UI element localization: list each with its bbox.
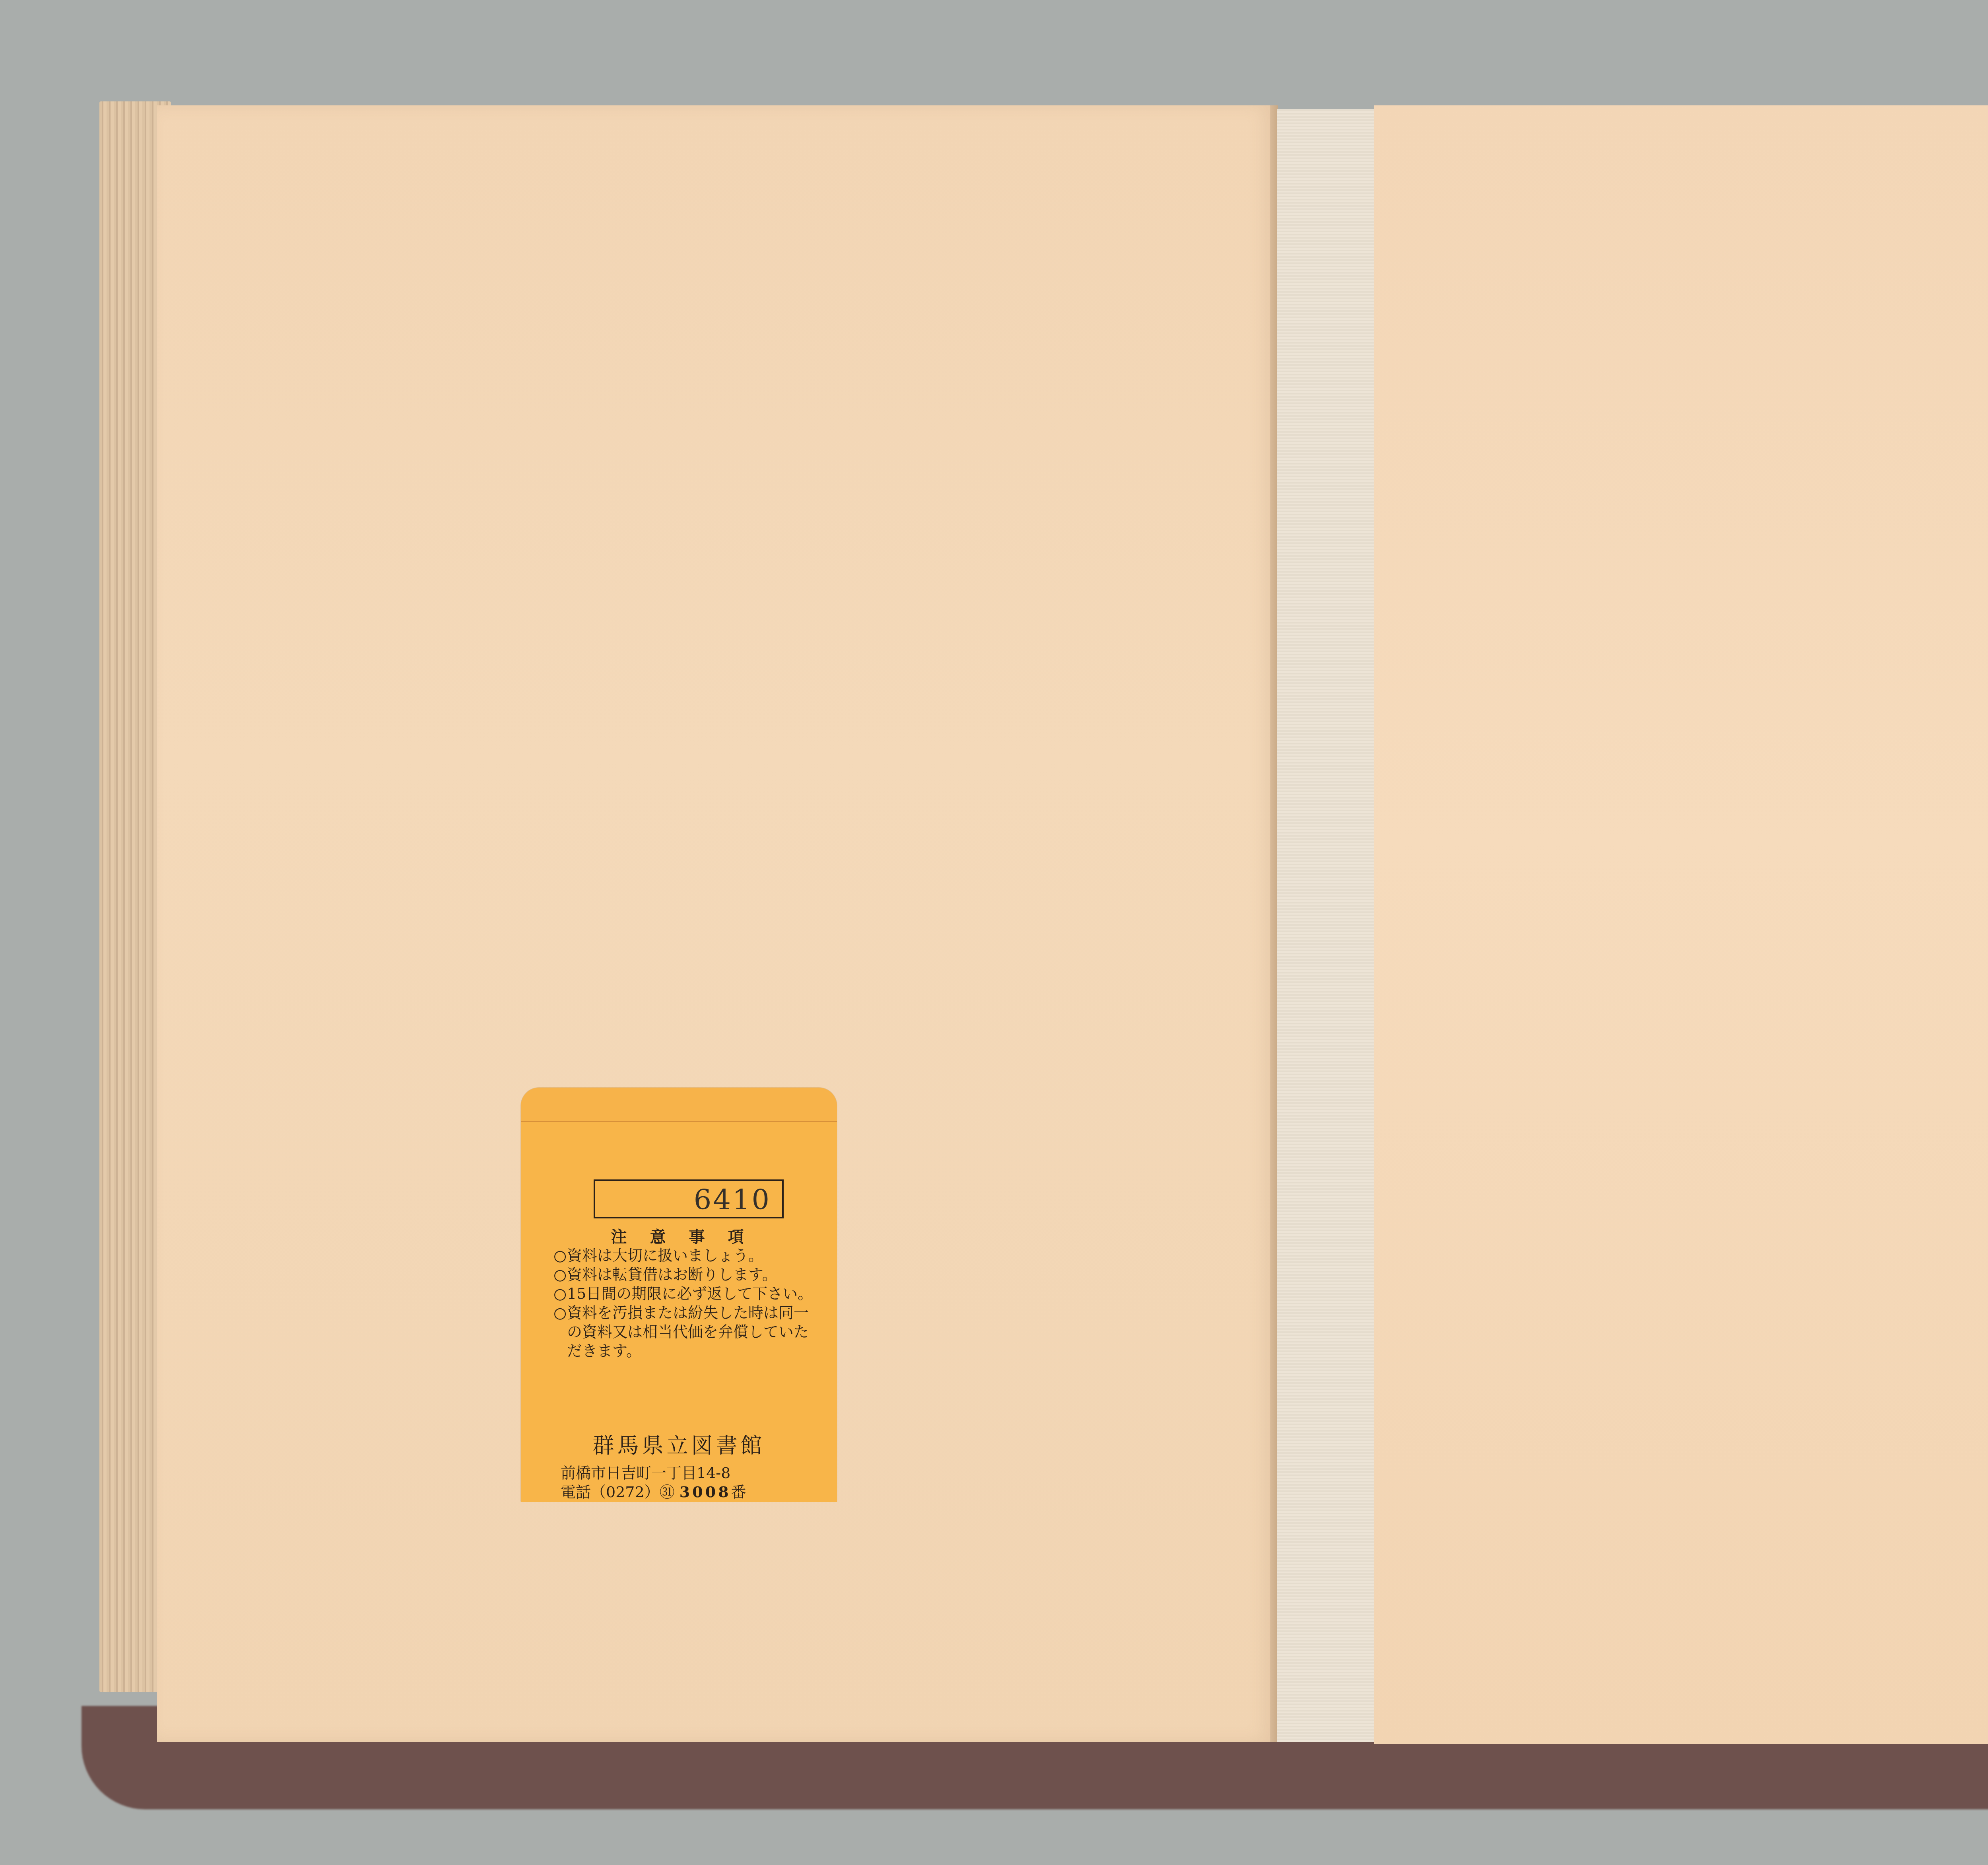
circle-bullet-icon: ○ [553,1284,567,1303]
left-endpaper: 6410 注意事項 ○ 資料は大切に扱いましょう。 ○ 資料は転貸借はお断りしま… [157,105,1272,1742]
library-address: 前橋市日吉町一丁目14-8 [561,1461,807,1482]
rule-item: ○ 資料は大切に扱いましょう。 [553,1246,816,1265]
right-endpaper [1374,105,1988,1744]
phone-number: 3008 [679,1483,731,1501]
circle-bullet-icon: ○ [553,1246,567,1265]
phone-suffix: 番 [731,1483,746,1501]
library-card-pocket: 6410 注意事項 ○ 資料は大切に扱いましょう。 ○ 資料は転貸借はお断りしま… [521,1088,837,1501]
rule-text: 15日間の期限に必ず返して下さい。 [567,1284,813,1303]
library-name: 群馬県立図書館 [521,1429,837,1459]
rule-text: 資料は転貸借はお断りします。 [567,1265,777,1284]
circle-bullet-icon: ○ [553,1303,567,1360]
circle-bullet-icon: ○ [553,1265,567,1284]
library-phone: 電話（0272）㉛ 3008番 [561,1480,807,1502]
call-number: 6410 [694,1183,771,1216]
rule-text: 資料は大切に扱いましょう。 [567,1246,763,1265]
rule-text: 資料を汚損または紛失した時は同一の資料又は相当代価を弁償していただきます。 [567,1303,816,1360]
notice-title: 注意事項 [521,1224,837,1247]
call-number-box: 6410 [594,1179,784,1218]
pocket-front-flap: 6410 注意事項 ○ 資料は大切に扱いましょう。 ○ 資料は転貸借はお断りしま… [521,1121,837,1502]
spine-cloth-tape [1277,109,1376,1742]
rule-item: ○ 15日間の期限に必ず返して下さい。 [553,1284,816,1303]
rule-item: ○ 資料を汚損または紛失した時は同一の資料又は相当代価を弁償していただきます。 [553,1303,816,1360]
rule-item: ○ 資料は転貸借はお断りします。 [553,1265,816,1284]
phone-prefix: 電話（0272）㉛ [561,1483,675,1501]
rules-list: ○ 資料は大切に扱いましょう。 ○ 資料は転貸借はお断りします。 ○ 15日間の… [553,1246,816,1360]
